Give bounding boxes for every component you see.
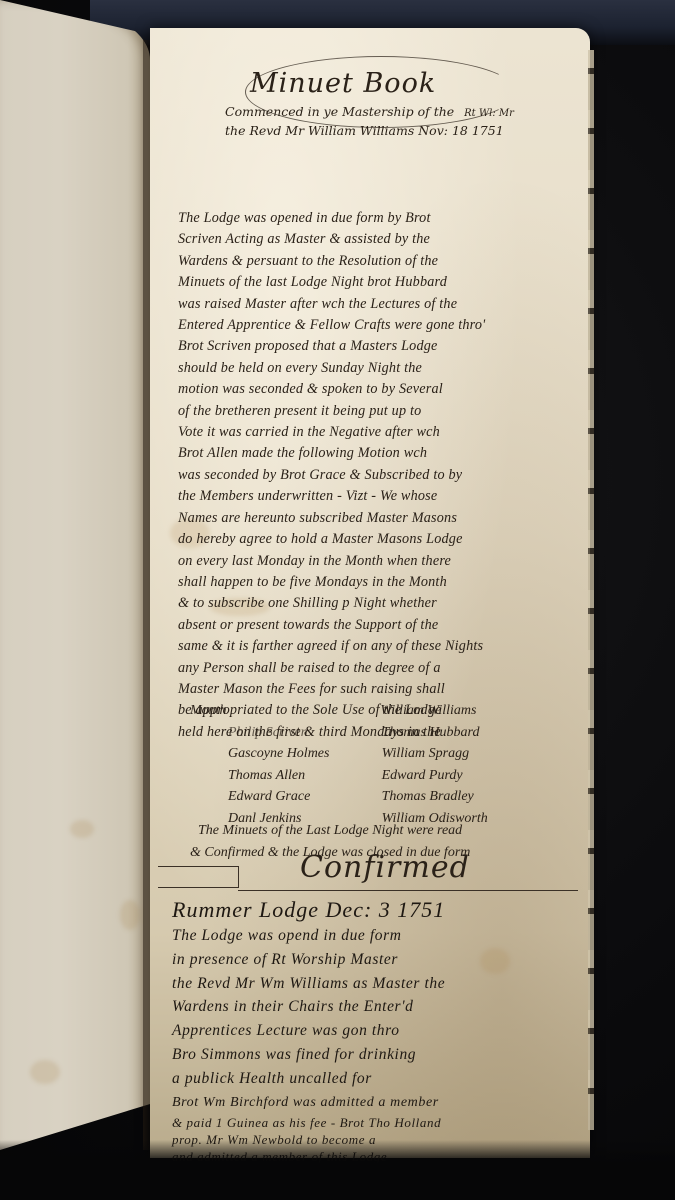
left-page bbox=[0, 0, 150, 1150]
text-line: should be held on every Sunday Night the bbox=[178, 358, 586, 379]
text-line: The Minuets of the Last Lodge Night were… bbox=[198, 820, 598, 842]
page-stain bbox=[30, 1060, 60, 1084]
background-shadow bbox=[0, 1140, 675, 1200]
entry-heading: Rummer Lodge Dec: 3 1751 bbox=[172, 896, 592, 924]
signature: Thomas Hubbard bbox=[344, 722, 590, 744]
title-block: Minuet Book Commenced in ye Mastership o… bbox=[180, 68, 580, 139]
text-line: in presence of Rt Worship Master bbox=[172, 948, 592, 972]
signature: Thomas Allen bbox=[190, 765, 344, 787]
page-stain bbox=[120, 900, 140, 930]
signature-row: Gascoyne Holmes William Spragg bbox=[190, 743, 590, 765]
confirmed-stamp: Confirmed bbox=[300, 850, 470, 885]
signature: William Williams bbox=[342, 700, 590, 722]
text-line: Brot Allen made the following Motion wch bbox=[178, 443, 586, 464]
divider-box bbox=[158, 866, 239, 888]
text-line: The Lodge was opened in due form by Brot bbox=[178, 208, 586, 229]
page-edge bbox=[588, 50, 594, 1130]
text-line: Vote it was carried in the Negative afte… bbox=[178, 422, 586, 443]
text-line: Names are hereunto subscribed Master Mas… bbox=[178, 508, 586, 529]
text-line: absent or present towards the Support of… bbox=[178, 615, 586, 636]
text-line: a publick Health uncalled for bbox=[172, 1067, 592, 1091]
title-flourish bbox=[245, 56, 517, 128]
text-line: the Revd Mr Wm Williams as Master the bbox=[172, 972, 592, 996]
text-line: Wardens in their Chairs the Enter'd bbox=[172, 995, 592, 1019]
signature: Edward Grace bbox=[190, 786, 344, 808]
text-line: of the bretheren present it being put up… bbox=[178, 401, 586, 422]
text-line: motion was seconded & spoken to by Sever… bbox=[178, 379, 586, 400]
signature: Philip Scriven bbox=[190, 722, 344, 744]
signature-row: Edward Grace Thomas Bradley bbox=[190, 786, 590, 808]
manuscript-page: Minuet Book Commenced in ye Mastership o… bbox=[150, 28, 590, 1158]
signature: William Spragg bbox=[344, 743, 590, 765]
divider-line bbox=[238, 890, 578, 891]
text-line: Wardens & persuant to the Resolution of … bbox=[178, 251, 586, 272]
text-line: was raised Master after wch the Lectures… bbox=[178, 294, 586, 315]
entry-2: Rummer Lodge Dec: 3 1751 The Lodge was o… bbox=[172, 896, 592, 1165]
text-line: & to subscribe one Shilling p Night whet… bbox=[178, 593, 586, 614]
text-line: Master Mason the Fees for such raising s… bbox=[178, 679, 586, 700]
signature-row: Month William Williams bbox=[190, 700, 590, 722]
signature-row: Thomas Allen Edward Purdy bbox=[190, 765, 590, 787]
text-line: do hereby agree to hold a Master Masons … bbox=[178, 529, 586, 550]
text-line: Apprentices Lecture was gon thro bbox=[172, 1019, 592, 1043]
text-line: Brot Scriven proposed that a Masters Lod… bbox=[178, 336, 586, 357]
text-line: Minuets of the last Lodge Night brot Hub… bbox=[178, 272, 586, 293]
signature: Gascoyne Holmes bbox=[190, 743, 344, 765]
text-line: shall happen to be five Mondays in the M… bbox=[178, 572, 586, 593]
text-line: Bro Simmons was fined for drinking bbox=[172, 1043, 592, 1067]
text-line: on every last Monday in the Month when t… bbox=[178, 551, 586, 572]
text-line: same & it is farther agreed if on any of… bbox=[178, 636, 586, 657]
text-line: any Person shall be raised to the degree… bbox=[178, 658, 586, 679]
signatures-block: Month William Williams Philip Scriven Th… bbox=[190, 700, 590, 829]
page-stain bbox=[70, 820, 94, 838]
entry-1-body: The Lodge was opened in due form by Brot… bbox=[178, 208, 586, 743]
text-line: was seconded by Brot Grace & Subscribed … bbox=[178, 465, 586, 486]
signature: Edward Purdy bbox=[344, 765, 590, 787]
month-label: Month bbox=[190, 700, 342, 722]
text-line: & paid 1 Guinea as his fee - Brot Tho Ho… bbox=[172, 1114, 592, 1131]
signature-row: Philip Scriven Thomas Hubbard bbox=[190, 722, 590, 744]
text-line: the Members underwritten - Vizt - We who… bbox=[178, 486, 586, 507]
text-line: Brot Wm Birchford was admitted a member bbox=[172, 1091, 592, 1115]
text-line: Entered Apprentice & Fellow Crafts were … bbox=[178, 315, 586, 336]
text-line: The Lodge was opend in due form bbox=[172, 924, 592, 948]
page-title: Minuet Book bbox=[250, 68, 580, 99]
text-line: Scriven Acting as Master & assisted by t… bbox=[178, 229, 586, 250]
signature: Thomas Bradley bbox=[344, 786, 590, 808]
